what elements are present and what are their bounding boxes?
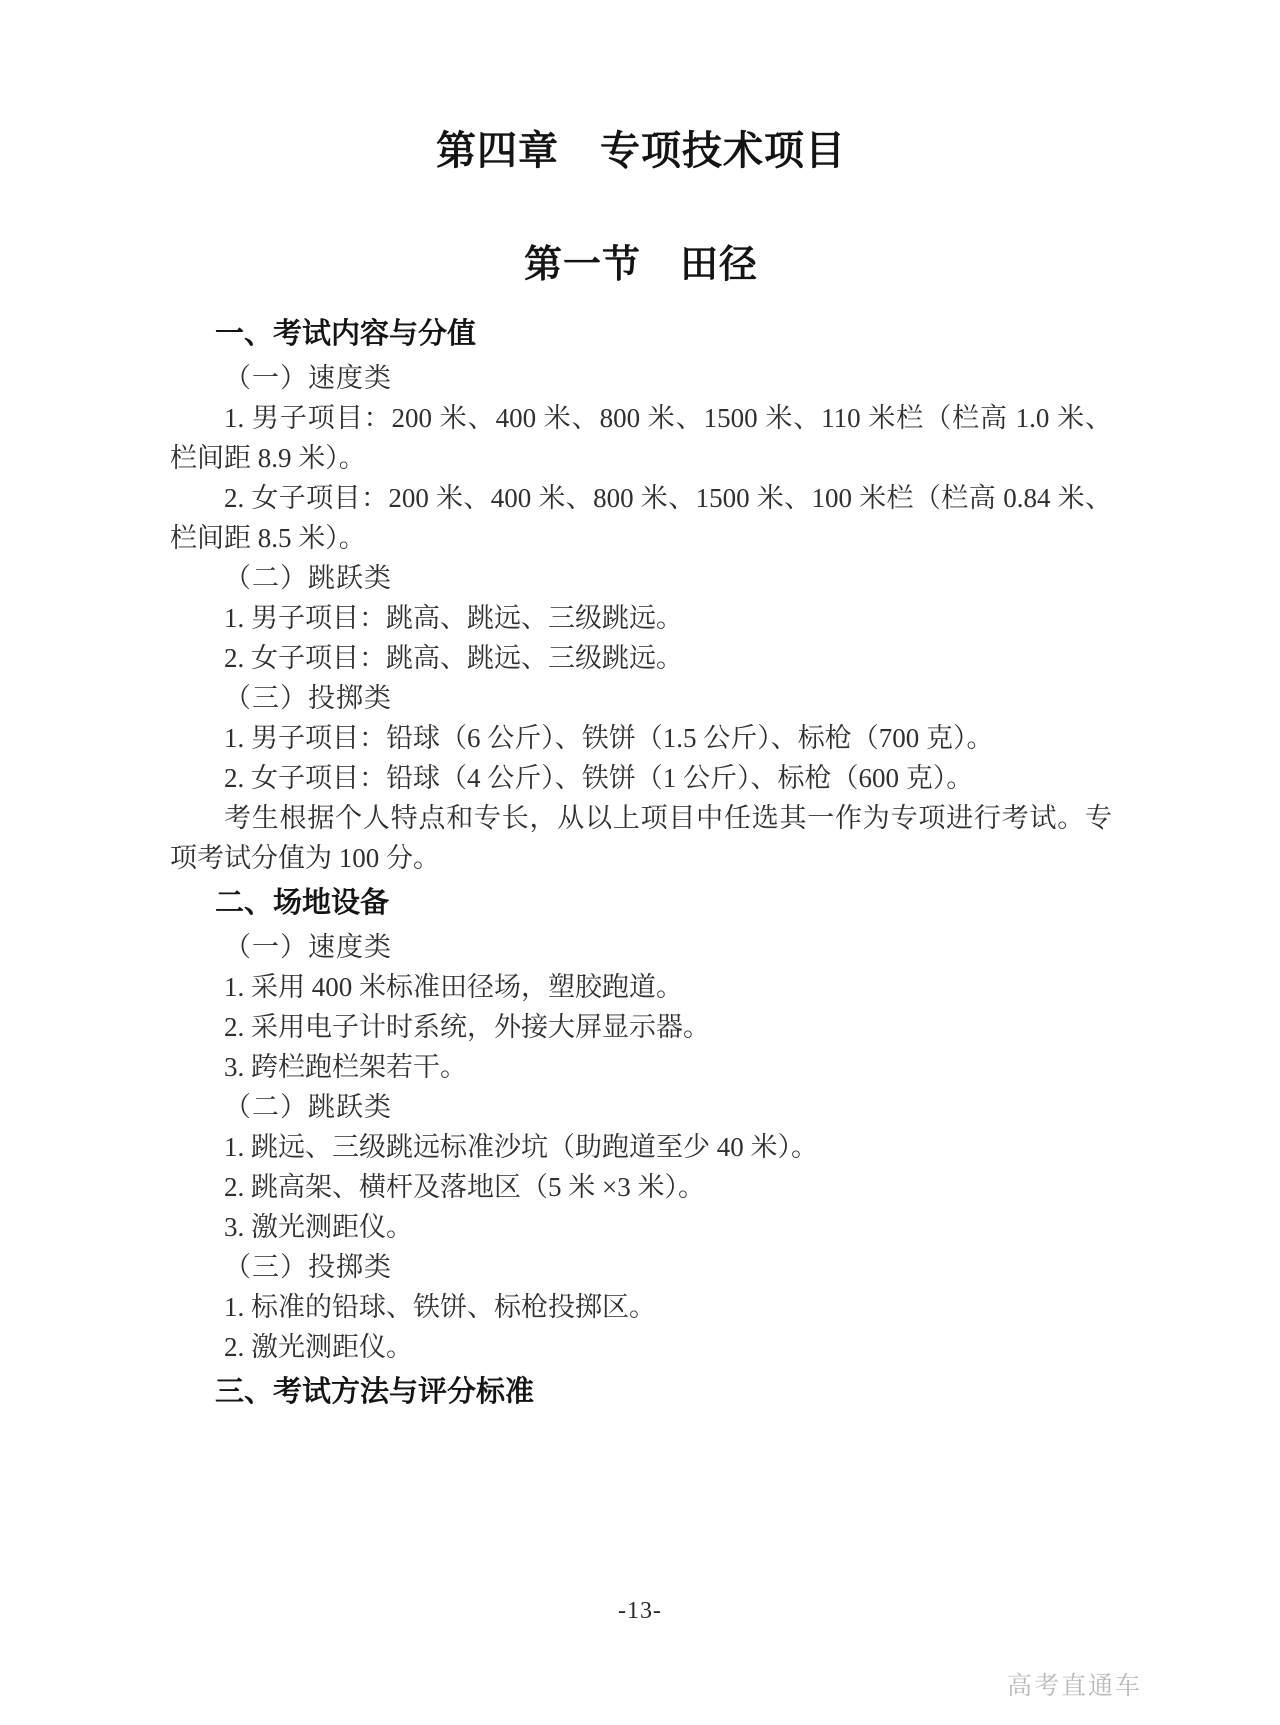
- paragraph: 2. 采用电子计时系统，外接大屏显示器。: [170, 1007, 1112, 1047]
- category-subheading: （一）速度类: [170, 358, 1112, 398]
- paragraph: 1. 男子项目：200 米、400 米、800 米、1500 米、110 米栏（…: [170, 398, 1112, 478]
- chapter-title: 第四章 专项技术项目: [170, 126, 1112, 176]
- paragraph: 1. 男子项目：铅球（6 公斤）、铁饼（1.5 公斤）、标枪（700 克）。: [170, 718, 1112, 758]
- paragraph: 2. 女子项目：200 米、400 米、800 米、1500 米、100 米栏（…: [170, 478, 1112, 558]
- paragraph: 1. 跳远、三级跳远标准沙坑（助跑道至少 40 米）。: [170, 1127, 1112, 1167]
- section-title: 第一节 田径: [170, 242, 1112, 288]
- paragraph: 2. 激光测距仪。: [170, 1327, 1112, 1367]
- paragraph: 1. 标准的铅球、铁饼、标枪投掷区。: [170, 1287, 1112, 1327]
- section-heading: 三、考试方法与评分标准: [170, 1372, 1112, 1413]
- paragraph: 3. 激光测距仪。: [170, 1207, 1112, 1247]
- category-subheading: （二）跳跃类: [170, 1087, 1112, 1127]
- document-content: 第四章 专项技术项目 第一节 田径 一、考试内容与分值（一）速度类1. 男子项目…: [170, 126, 1112, 1416]
- category-subheading: （三）投掷类: [170, 1247, 1112, 1287]
- paragraph: 1. 采用 400 米标准田径场，塑胶跑道。: [170, 967, 1112, 1007]
- paragraph: 2. 女子项目：跳高、跳远、三级跳远。: [170, 638, 1112, 678]
- paragraph: 考生根据个人特点和专长，从以上项目中任选其一作为专项进行考试。专项考试分值为 1…: [170, 798, 1112, 878]
- paragraph: 2. 女子项目：铅球（4 公斤）、铁饼（1 公斤）、标枪（600 克）。: [170, 758, 1112, 798]
- paragraph: 2. 跳高架、横杆及落地区（5 米 ×3 米）。: [170, 1167, 1112, 1207]
- watermark: 高考直通车: [1007, 1666, 1142, 1702]
- document-body: 一、考试内容与分值（一）速度类1. 男子项目：200 米、400 米、800 米…: [170, 314, 1112, 1413]
- section-heading: 二、场地设备: [170, 883, 1112, 924]
- section-heading: 一、考试内容与分值: [170, 314, 1112, 355]
- paragraph: 3. 跨栏跑栏架若干。: [170, 1047, 1112, 1087]
- paragraph: 1. 男子项目：跳高、跳远、三级跳远。: [170, 598, 1112, 638]
- document-page: 第四章 专项技术项目 第一节 田径 一、考试内容与分值（一）速度类1. 男子项目…: [0, 0, 1280, 1725]
- category-subheading: （三）投掷类: [170, 678, 1112, 718]
- category-subheading: （一）速度类: [170, 927, 1112, 967]
- page-number: -13-: [0, 1598, 1280, 1625]
- category-subheading: （二）跳跃类: [170, 558, 1112, 598]
